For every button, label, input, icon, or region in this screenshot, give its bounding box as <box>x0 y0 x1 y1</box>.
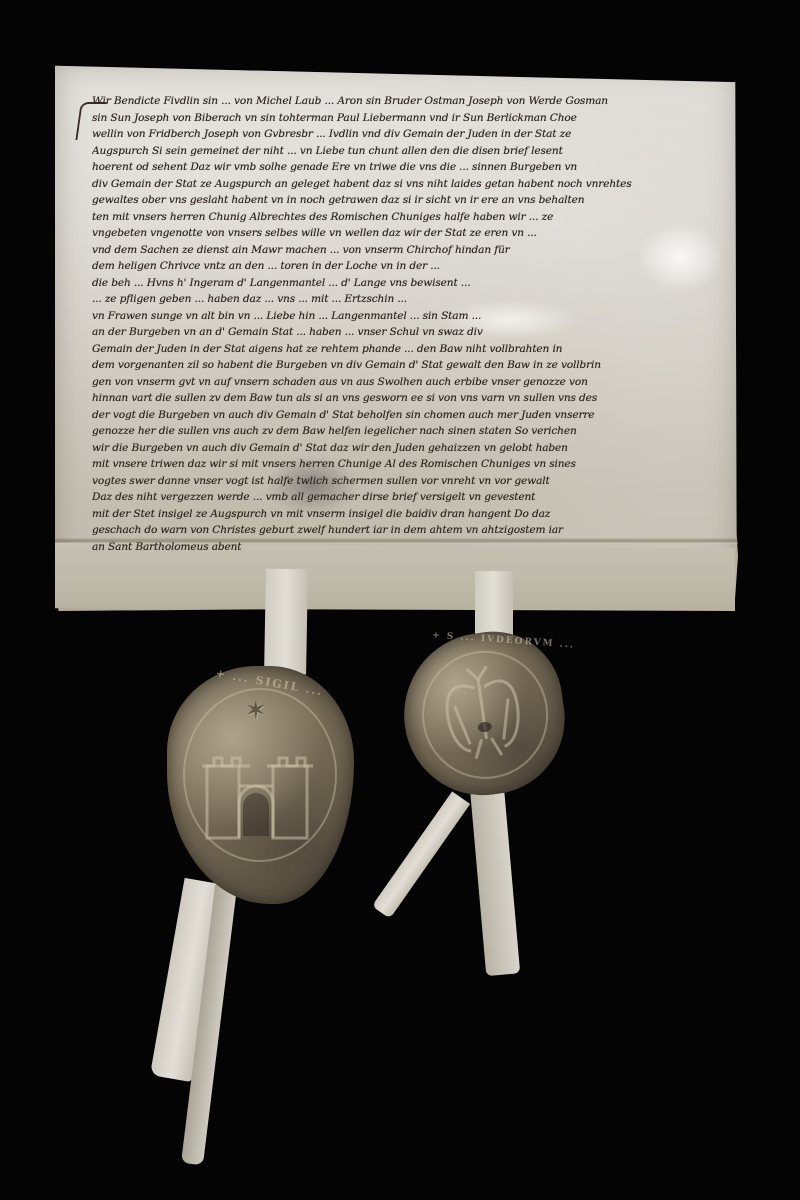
seal-tag-right-end <box>372 791 470 918</box>
text-line: Wir Bendicte Fivdlin sin ... von Michel … <box>92 93 732 110</box>
city-gate-icon <box>197 736 317 846</box>
text-line: gen von vnserm gvt vn auf vnsern schaden… <box>92 374 732 391</box>
text-line: mit der Stet insigel ze Augspurch vn mit… <box>92 506 732 523</box>
seal-tag-right-end <box>470 784 520 976</box>
text-line: geschach do warn von Christes geburt zwe… <box>92 522 732 539</box>
text-line: div Gemain der Stat ze Augspurch an gele… <box>92 176 732 193</box>
seal-legend: + S ... IVDEORVM ... <box>432 631 576 651</box>
text-line: dem vorgenanten zil so habent die Burgeb… <box>92 357 732 374</box>
city-seal: + ... SIGIL ... ✶ <box>167 666 354 904</box>
text-line: hinnan vart die sullen zv dem Baw tun al… <box>92 390 732 407</box>
text-line: genozze her die sullen vns auch zv dem B… <box>92 423 732 440</box>
text-line: Augspurch Si sein gemeinet der niht ... … <box>92 143 732 160</box>
eagle-seal: + S ... IVDEORVM ... <box>394 623 575 806</box>
text-line: vogtes swer danne vnser vogt ist halfe t… <box>92 473 732 490</box>
charter-photograph: Wir Bendicte Fivdlin sin ... von Michel … <box>0 0 800 1200</box>
text-line: vngebeten vngenotte von vnsers selbes wi… <box>92 225 732 242</box>
seal-tag-left <box>264 569 308 675</box>
text-line: mit vnsere triwen daz wir si mit vnsers … <box>92 456 732 473</box>
text-line: ... ze pfligen geben ... haben daz ... v… <box>92 291 732 308</box>
text-line: gewaltes ober vns geslaht habent vn in n… <box>92 192 732 209</box>
text-line: an Sant Bartholomeus abent <box>92 539 732 556</box>
text-line: die beh ... Hvns h' Ingeram d' Langenman… <box>92 275 732 292</box>
text-line: vn Frawen sunge vn alt bin vn ... Liebe … <box>92 308 732 325</box>
text-line: hoerent od sehent Daz wir vmb solhe gena… <box>92 159 732 176</box>
star-icon: ✶ <box>245 696 267 726</box>
text-line: wellin von Fridberch Joseph von Gvbresbr… <box>92 126 732 143</box>
text-line: an der Burgeben vn an d' Gemain Stat ...… <box>92 324 732 341</box>
text-line: der vogt die Burgeben vn auch div Gemain… <box>92 407 732 424</box>
text-line: Gemain der Juden in der Stat aigens hat … <box>92 341 732 358</box>
text-line: ten mit vnsers herren Chunig Albrechtes … <box>92 209 732 226</box>
text-line: vnd dem Sachen ze dienst ain Mawr machen… <box>92 242 732 259</box>
charter-text: Wir Bendicte Fivdlin sin ... von Michel … <box>92 93 732 555</box>
text-line: sin Sun Joseph von Biberach vn sin tohte… <box>92 110 732 127</box>
text-line: wir die Burgeben vn auch div Gemain d' S… <box>92 440 732 457</box>
eagle-icon <box>431 651 535 772</box>
text-line: dem heligen Chrivce vntz an den ... tore… <box>92 258 732 275</box>
text-line: Daz des niht vergezzen werde ... vmb all… <box>92 489 732 506</box>
